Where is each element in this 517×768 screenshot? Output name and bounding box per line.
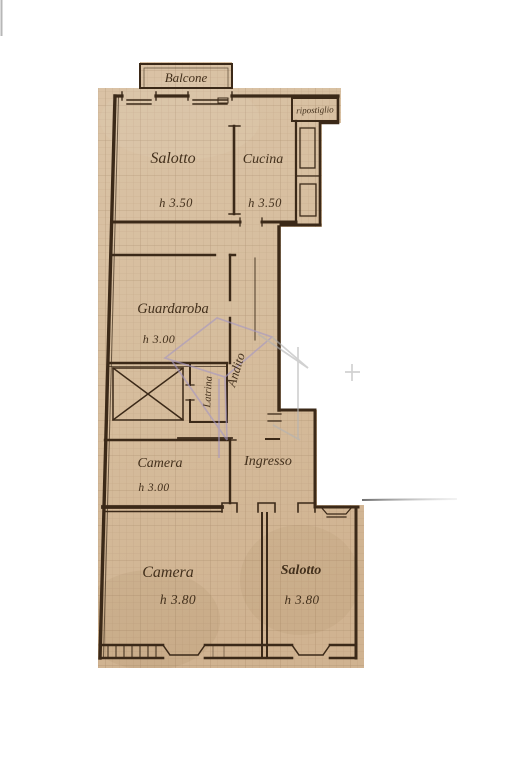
- label-camera-middle: Camera: [137, 456, 182, 471]
- label-camera-middle-height: h 3.00: [138, 482, 169, 494]
- label-camera-bottom-height: h 3.80: [160, 592, 196, 607]
- label-cucina-height: h 3.50: [248, 196, 282, 210]
- label-salotto-top-height: h 3.50: [159, 196, 193, 210]
- label-camera-bottom: Camera: [142, 564, 194, 581]
- label-balcone: Balcone: [165, 70, 208, 85]
- label-ripostiglio: ripostiglio: [296, 104, 334, 115]
- floor-plan-canvas: Balcone ripostiglio Salotto h 3.50 Cucin…: [0, 0, 517, 768]
- label-ingresso: Ingresso: [243, 454, 292, 469]
- scanned-floor-plan-page: Balcone ripostiglio Salotto h 3.50 Cucin…: [0, 0, 517, 768]
- label-latrina: Latrina: [202, 376, 215, 409]
- label-cucina: Cucina: [243, 152, 283, 167]
- label-salotto-bottom: Salotto: [281, 563, 321, 578]
- label-salotto-bottom-height: h 3.80: [285, 592, 320, 607]
- label-guardaroba: Guardaroba: [137, 301, 208, 317]
- label-guardaroba-height: h 3.00: [143, 332, 175, 346]
- label-salotto-top: Salotto: [150, 150, 195, 167]
